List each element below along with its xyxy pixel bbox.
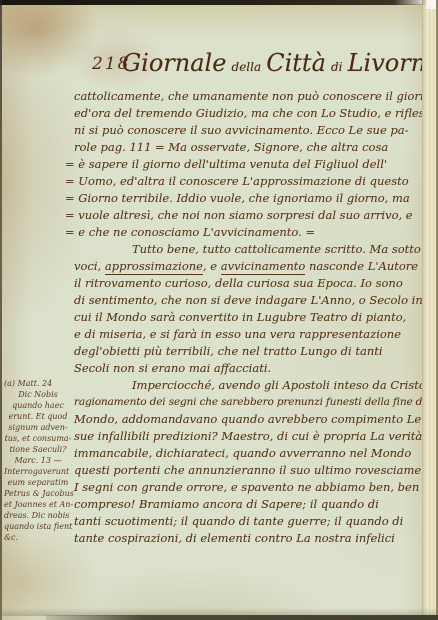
text-line: cattolicamente, che umanamente non può c… [74, 88, 422, 105]
book-bottom-edge-shadow [46, 615, 438, 620]
book-top-edge-shadow [0, 0, 428, 5]
margin-note-line: dreas. Dic nobis [4, 510, 72, 521]
title-word-di: di [331, 60, 343, 74]
text-line: = Uomo, ed'altra il conoscere L'approssi… [65, 173, 422, 190]
margin-note: (a) Matt. 24 Dic Nobis quando haec erunt… [4, 378, 72, 543]
underlined-word-avvicinamento: avvicinamento [221, 259, 306, 275]
margin-note-line: tione Saeculi? [4, 444, 72, 455]
title-word-della: della [232, 60, 262, 74]
underline-line-pre: voci, [74, 259, 105, 273]
text-line: questi portenti che annunzieranno il suo… [74, 462, 422, 479]
margin-note-line: tus, et consuma- [4, 433, 72, 444]
margin-note-line: Dic Nobis [4, 389, 72, 400]
text-line: Mondo, addomandavano quando avrebbero co… [74, 411, 422, 428]
manuscript-scan: 218 Giornale della Città di Livorno catt… [0, 0, 438, 620]
underlined-word-approssimazione: approssimazione [105, 259, 203, 275]
margin-note-line: quando haec [4, 400, 72, 411]
margin-note-line: &c. [4, 532, 72, 543]
text-line: Tutto bene, tutto cattolicamente scritto… [74, 241, 422, 258]
margin-note-line: Petrus & Jacobus [4, 488, 72, 499]
text-line: = e che ne conosciamo L'avvicinamento. = [65, 224, 422, 241]
title-word-giornale: Giornale [122, 49, 226, 77]
text-line: Secoli non si erano mai affacciati. [74, 360, 422, 377]
underline-line-mid: , e [203, 259, 221, 273]
text-line: ed'ora del tremendo Giudizio, ma che con… [74, 105, 422, 122]
text-line: tante cospirazioni, di elementi contro L… [74, 530, 422, 547]
margin-note-line: eum separatim [4, 477, 72, 488]
margin-note-line: erunt. Et quod [4, 411, 72, 422]
text-line: degl'obietti più terribili, che nel trat… [74, 343, 422, 360]
text-line: compreso! Bramiamo ancora di Sapere; il … [74, 496, 422, 513]
text-line: cui il Mondo sarà convertito in Lugubre … [74, 309, 422, 326]
body-text: cattolicamente, che umanamente non può c… [74, 88, 422, 547]
text-line: ni si può conoscere il suo avvicinamento… [74, 122, 422, 139]
text-line: = Giorno terribile. Iddio vuole, che ign… [65, 190, 422, 207]
text-line: tanti scuotimenti; il quando di tante gu… [74, 513, 422, 530]
margin-note-line: Interrogaverunt [4, 466, 72, 477]
text-line: e di miseria, e si farà in esso una vera… [74, 326, 422, 343]
page-title: Giornale della Città di Livorno [122, 40, 422, 86]
title-word-citta: Città [266, 49, 326, 77]
text-line: immancabile, dichiarateci, quando avverr… [74, 445, 422, 462]
text-line: role pag. 111 = Ma osservate, Signore, c… [74, 139, 422, 156]
text-line: Imperciocché, avendo gli Apostoli inteso… [74, 377, 422, 394]
margin-note-line: (a) Matt. 24 [4, 378, 72, 389]
book-fore-edge-pages [422, 0, 438, 620]
manuscript-page: 218 Giornale della Città di Livorno catt… [2, 4, 424, 620]
margin-note-line: signum adven- [4, 422, 72, 433]
text-line: il ritrovamento curioso, della curiosa s… [74, 275, 422, 292]
book-binding-edge [0, 0, 2, 620]
margin-note-line: quando ista fient [4, 521, 72, 532]
margin-note-line: et Joannes et An- [4, 499, 72, 510]
text-line: = è sapere il giorno dell'ultima venuta … [65, 156, 422, 173]
text-line-underlined: voci, approssimazione, e avvicinamento n… [74, 258, 422, 275]
margin-note-line: Marc. 13 — [4, 455, 72, 466]
text-line: I segni con grande orrore, e spavento ne… [74, 479, 422, 496]
text-line: di sentimento, che non si deve indagare … [74, 292, 422, 309]
text-line: sue infallibili predizioni? Maestro, di … [74, 428, 422, 445]
text-line: = vuole altresì, che noi non siamo sorpr… [65, 207, 422, 224]
underline-line-post: nasconde L'Autore [305, 259, 418, 273]
text-line: ragionamento dei segni che sarebbero pre… [74, 394, 422, 411]
